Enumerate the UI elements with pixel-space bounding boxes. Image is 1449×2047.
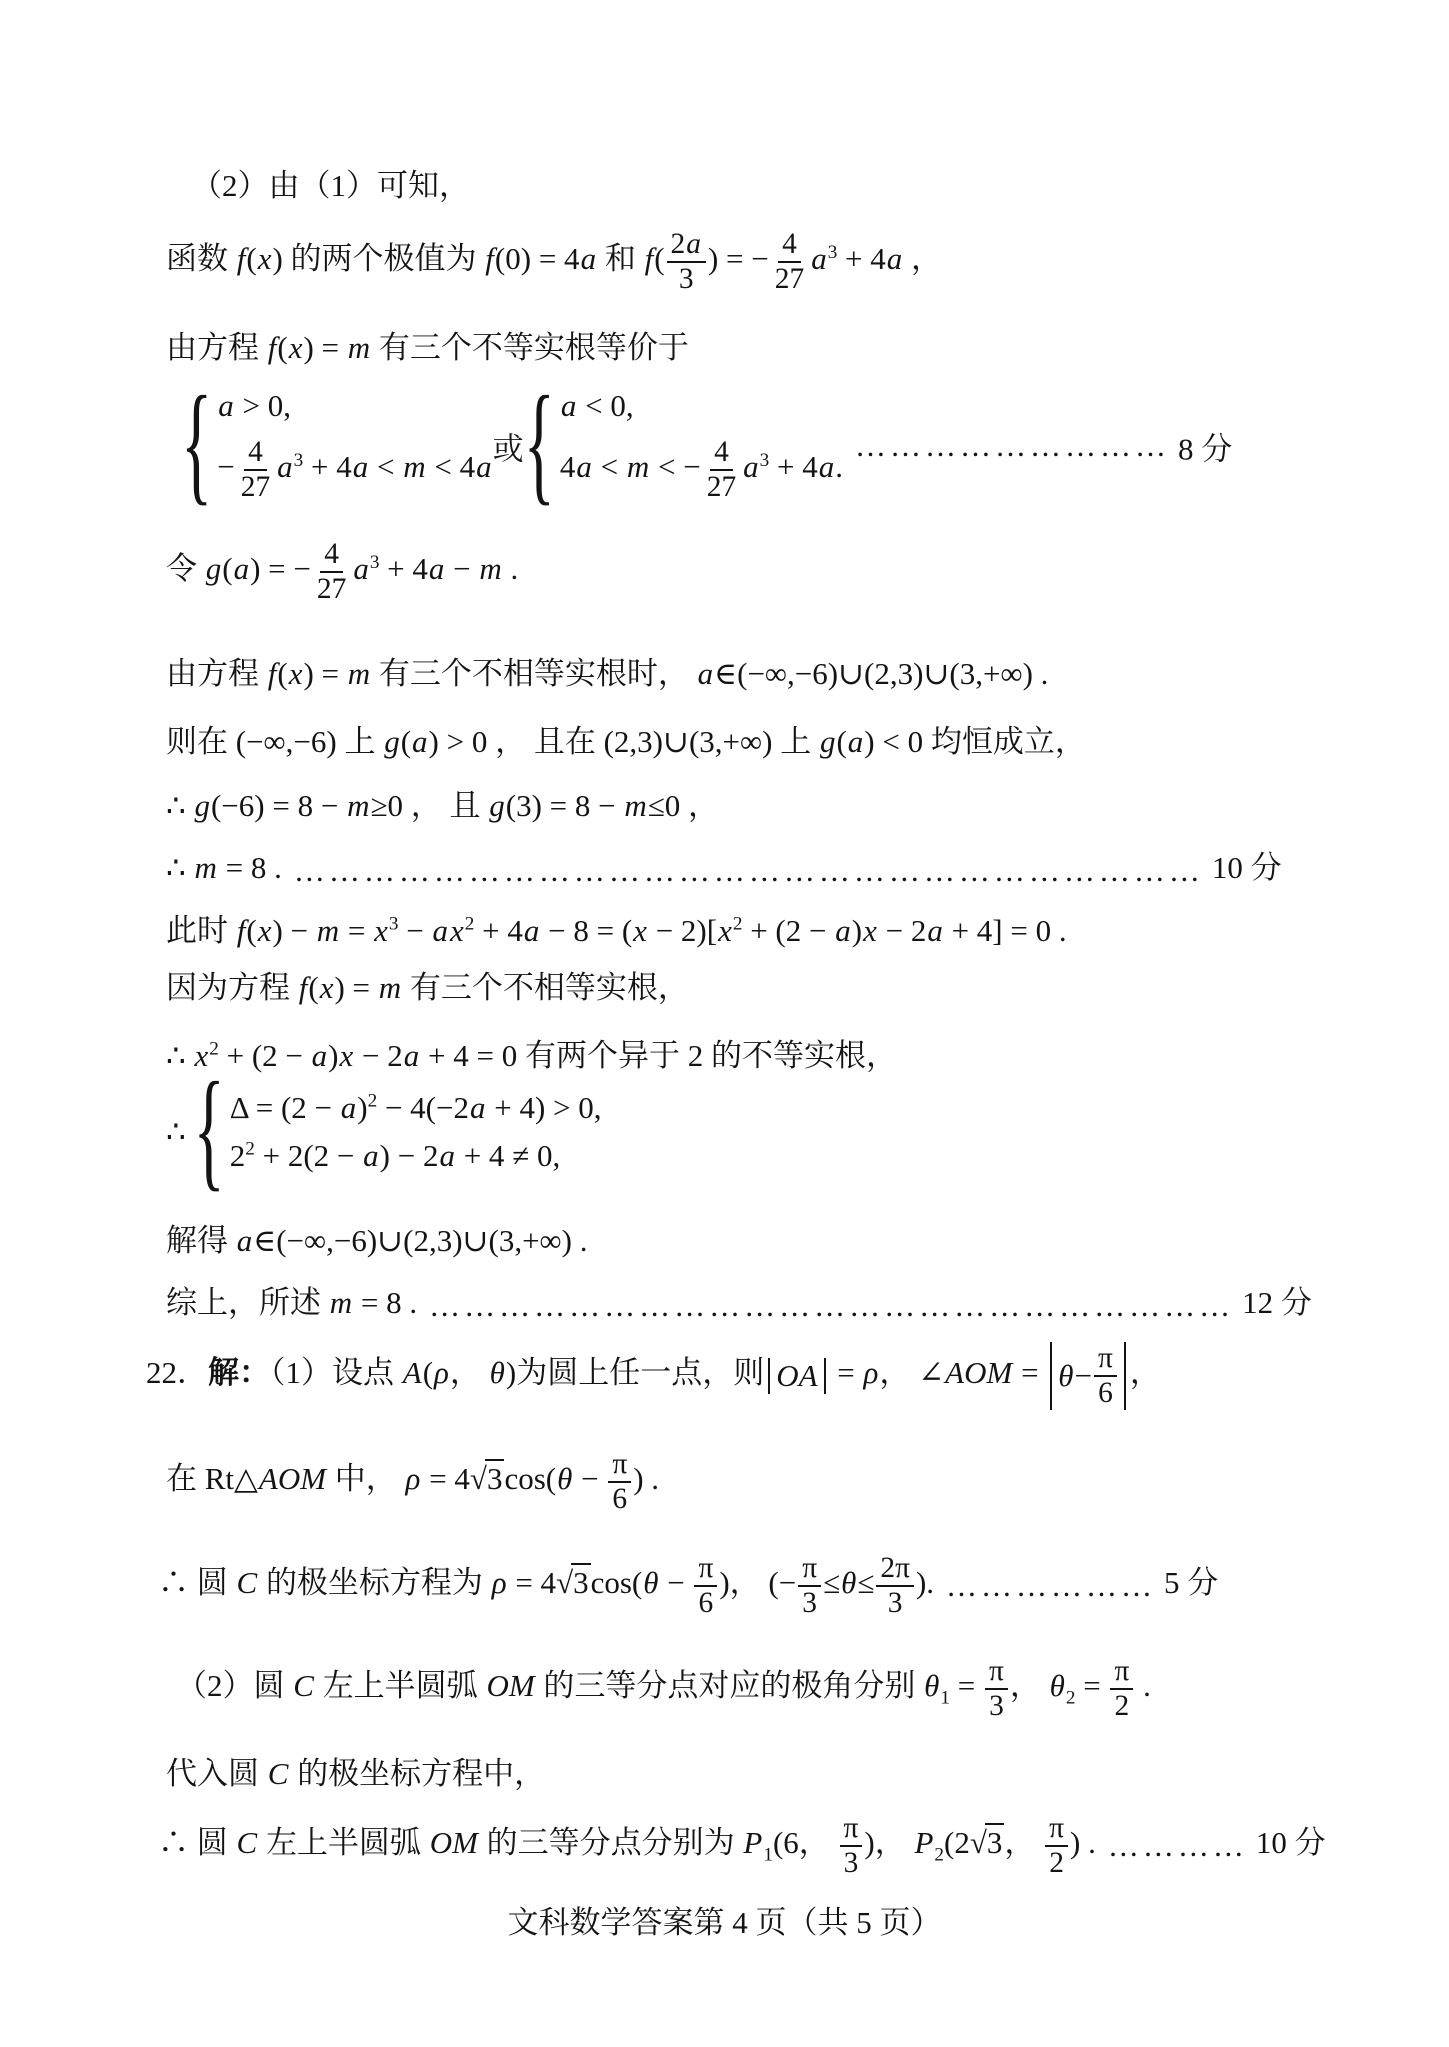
- line-conclusion-m8: 综上，所述 m = 8 .……………………………………………………………12 分: [166, 1277, 1312, 1324]
- line-substitute: 代入圆 C 的极坐标方程中，: [166, 1748, 545, 1793]
- cases-group: {a > 0,−427a3 + 4a < m < 4a: [181, 388, 493, 504]
- radical: √3: [556, 1565, 591, 1600]
- answer-sheet-page: （2）由（1）可知， 函数 f(x) 的两个极值为 f(0) = 4a 和 f(…: [0, 0, 1449, 2047]
- fraction: 427: [311, 538, 352, 606]
- fraction: 427: [701, 436, 742, 504]
- line-part2-trisection-angles: （2）圆 C 左上半圆弧 OM 的三等分点对应的极角分别 θ1 = π3， θ2…: [176, 1655, 1151, 1723]
- line-g-sign-conditions: 则在 (−∞,−6) 上 g(a) > 0 ， 且在 (2,3)∪(3,+∞) …: [166, 716, 1086, 761]
- dot-leader: ……………………………………………………………………: [294, 853, 1204, 888]
- line-three-roots-range: 由方程 f(x) = m 有三个不相等实根时， a∈(−∞,−6)∪(2,3)∪…: [166, 648, 1048, 693]
- fraction: π3: [983, 1655, 1010, 1723]
- line-solve-a-range: 解得 a∈(−∞,−6)∪(2,3)∪(3,+∞) .: [166, 1215, 587, 1260]
- fraction: π6: [692, 1552, 719, 1620]
- page-footer: 文科数学答案第 4 页（共 5 页）: [0, 1897, 1449, 1942]
- line-extreme-values: 函数 f(x) 的两个极值为 f(0) = 4a 和 f(2a3) = −427…: [166, 228, 942, 296]
- fraction: π2: [1043, 1812, 1070, 1880]
- fraction: 2a3: [665, 228, 708, 296]
- fraction: π3: [838, 1812, 865, 1880]
- dot-leader: …………: [1108, 1828, 1248, 1863]
- fraction: 427: [769, 228, 810, 296]
- line-trisection-points: ∴ 圆 C 左上半圆弧 OM 的三等分点分别为 P1(6， π3)， P2(2√…: [158, 1812, 1326, 1880]
- line-because-three-roots: 因为方程 f(x) = m 有三个不相等实根，: [166, 962, 689, 1007]
- line-part2-intro: （2）由（1）可知，: [191, 160, 470, 205]
- fraction: π3: [796, 1552, 823, 1620]
- line-discriminant-system: ∴ {Δ = (2 − a)2 − 4(−2a + 4) > 0,22 + 2(…: [166, 1090, 602, 1174]
- dot-leader: ………………………: [855, 428, 1170, 463]
- cases-group: {a < 0,4a < m < −427a3 + 4a.: [524, 388, 843, 504]
- line-m-equals-8: ∴ m = 8 .……………………………………………………………………10 分: [166, 842, 1282, 889]
- cases-group: {Δ = (2 − a)2 − 4(−2a + 4) > 0,22 + 2(2 …: [193, 1090, 601, 1174]
- absolute-value: OA: [768, 1358, 825, 1394]
- fraction: π2: [1108, 1655, 1135, 1723]
- left-brace: {: [181, 379, 212, 512]
- left-brace: {: [524, 379, 555, 512]
- line-inequality-systems: {a > 0,−427a3 + 4a < m < 4a或{a < 0,4a < …: [181, 388, 1232, 504]
- fraction: π6: [606, 1448, 633, 1516]
- fraction: π6: [1092, 1342, 1119, 1410]
- line-polar-equation: ∴ 圆 C 的极坐标方程为 ρ = 4√3cos(θ − π6)， (−π3≤θ…: [158, 1552, 1218, 1620]
- line-define-g: 令 g(a) = −427a3 + 4a − m .: [166, 538, 518, 606]
- absolute-value: θ − π6: [1050, 1342, 1126, 1410]
- fraction: 2π3: [874, 1552, 916, 1620]
- left-brace: {: [193, 1065, 224, 1198]
- radical: √3: [970, 1825, 1005, 1860]
- fraction: 427: [235, 436, 276, 504]
- line-quadratic-condition: ∴ x2 + (2 − a)x − 2a + 4 = 0 有两个异于 2 的不等…: [166, 1030, 897, 1075]
- line-q22-part1-setup: 22．解：（1）设点 A(ρ， θ)为圆上任一点，则OA = ρ， ∠AOM =…: [146, 1342, 1161, 1410]
- line-g-boundary-values: ∴ g(−6) = 8 − m≥0 ， 且 g(3) = 8 − m≤0 ，: [166, 780, 719, 825]
- dot-leader: ……………………………………………………………: [429, 1288, 1234, 1323]
- line-factorization: 此时 f(x) − m = x3 − ax2 + 4a − 8 = (x − 2…: [166, 905, 1067, 950]
- line-right-triangle: 在 Rt△AOM 中， ρ = 4√3cos(θ − π6) .: [166, 1448, 659, 1516]
- dot-leader: ………………: [946, 1568, 1156, 1603]
- radical: √3: [470, 1461, 505, 1496]
- line-equation-condition: 由方程 f(x) = m 有三个不等实根等价于: [166, 322, 689, 367]
